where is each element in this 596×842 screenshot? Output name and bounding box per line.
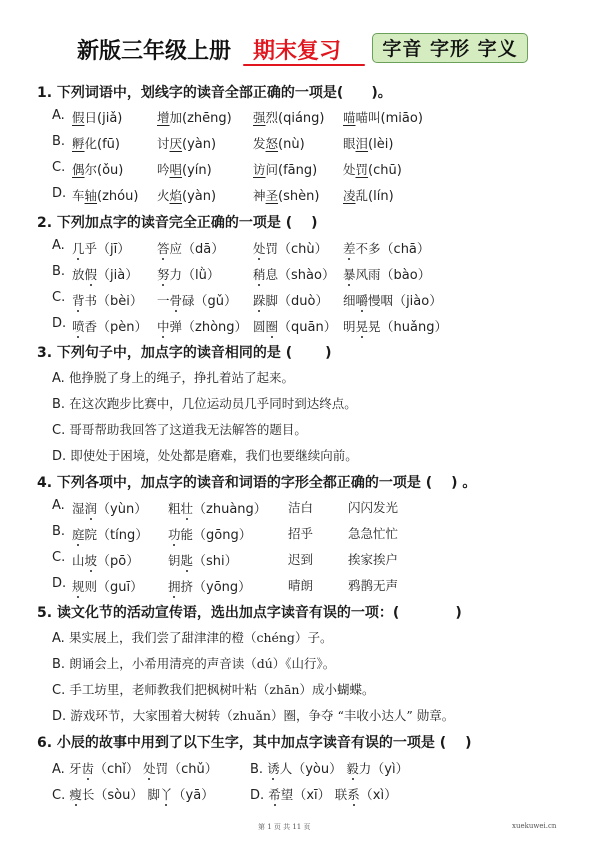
option-a: A. 他挣脱了身上的绳子，挣扎着站了起来。 xyxy=(52,368,294,386)
word: 处罚 xyxy=(143,761,168,776)
option-item: 凌乱(lín) xyxy=(343,186,394,204)
pinyin: （gōng） xyxy=(193,528,252,543)
option-item: 孵化(fū) xyxy=(72,134,120,152)
word: 脚丫 xyxy=(147,787,172,802)
page-number: 第 1 页 共 11 页 xyxy=(258,822,311,832)
pinyin: (nù) xyxy=(278,137,305,152)
option-label: C. xyxy=(52,423,69,438)
option-item: 山坡（pō） xyxy=(72,550,139,569)
pinyin: （chù） xyxy=(278,242,328,257)
option-item: 答应（dā） xyxy=(157,238,224,257)
word: 中弹 xyxy=(157,319,182,334)
topic-badge: 字音 字形 字义 xyxy=(372,33,528,63)
option-item: 规则（guī） xyxy=(72,576,143,595)
option-label: A. xyxy=(52,631,69,646)
option-item: 偶尔(ǒu) xyxy=(72,160,123,178)
option-item: 跺脚（duò） xyxy=(253,290,328,309)
pinyin: (yàn) xyxy=(182,137,216,152)
option-item: 一骨碌（gǔ） xyxy=(157,290,237,309)
option-item: 鸦鹊无声 xyxy=(348,576,398,594)
option-label: D. xyxy=(52,576,66,591)
word: 钥匙 xyxy=(168,553,193,568)
pinyin: （pō） xyxy=(97,554,139,569)
word: 挨家挨户 xyxy=(348,552,398,567)
pinyin: （shi） xyxy=(193,554,238,569)
pinyin: (zhóu) xyxy=(97,189,138,204)
option-label: B. xyxy=(52,134,65,149)
option-item: 粗壮（zhuàng） xyxy=(168,498,267,517)
word: 功能 xyxy=(168,527,193,542)
pinyin: （guī） xyxy=(97,580,143,595)
option-c: C. xyxy=(52,290,65,305)
word: 规则 xyxy=(72,579,97,594)
option-item: 努力（lǜ） xyxy=(157,264,220,283)
option-item: 喷香（pèn） xyxy=(72,316,148,335)
option-label: B. xyxy=(250,762,267,777)
option-c: C. xyxy=(52,550,65,565)
pinyin: (qiáng) xyxy=(278,111,324,126)
option-sentence: 即使处于困境，处处都是磨难，我们也要继续向前。 xyxy=(70,448,358,463)
title-main: 新版三年级上册 xyxy=(77,34,231,65)
word: 闪闪发光 xyxy=(348,500,398,515)
pinyin: （yùn） xyxy=(97,502,147,517)
word: 神圣 xyxy=(253,188,278,203)
option-item: 钥匙（shi） xyxy=(168,550,238,569)
word: 偶尔 xyxy=(72,162,97,177)
option-item: 闪闪发光 xyxy=(348,498,398,516)
option-label: A. xyxy=(52,762,69,777)
pinyin: （yì） xyxy=(371,762,408,777)
question-3: 3. 下列句子中，加点字的读音相同的是 ( ) xyxy=(37,342,331,362)
question-4: 4. 下列各项中，加点字的读音和词语的字形全都正确的一项是 ( ) 。 xyxy=(37,472,476,492)
pinyin: (shèn) xyxy=(278,189,319,204)
site-watermark: xuekuwei.cn xyxy=(512,822,556,830)
pinyin: (ǒu) xyxy=(97,163,123,178)
word: 几乎 xyxy=(72,241,97,256)
option-sentence: 果实展上，我们尝了甜津津的橙（chéng）子。 xyxy=(69,630,333,645)
option-label: B. xyxy=(52,524,65,539)
pinyin: (chū) xyxy=(368,163,402,178)
pinyin: （jī） xyxy=(97,242,130,257)
word: 发怒 xyxy=(253,136,278,151)
option-d: D. xyxy=(52,186,66,201)
pinyin: （yā） xyxy=(173,788,215,803)
header: 新版三年级上册 期末复习 字音 字形 字义 xyxy=(0,30,596,70)
word: 放假 xyxy=(72,267,97,282)
word: 洁白 xyxy=(288,500,313,515)
word: 粗壮 xyxy=(168,501,193,516)
word: 讨厌 xyxy=(157,136,182,151)
pinyin: (yàn) xyxy=(182,189,216,204)
question-2: 2. 下列加点字的读音完全正确的一项是 ( ) xyxy=(37,212,317,232)
word: 处罚 xyxy=(343,162,368,177)
option-d: D. 希望（xī） 联系（xì） xyxy=(250,784,397,803)
option-item: 增加(zhēng) xyxy=(157,108,232,126)
option-a: A. xyxy=(52,498,65,513)
option-c: C. 手工坊里，老师教我们把枫树叶粘（zhān）成小蝴蝶。 xyxy=(52,680,374,698)
option-item: 喵喵叫(miāo) xyxy=(343,108,423,126)
option-item: 发怒(nù) xyxy=(253,134,305,152)
word: 明晃晃 xyxy=(343,319,381,334)
pinyin: （dā） xyxy=(182,242,224,257)
option-b: B. xyxy=(52,524,65,539)
pinyin: （bào） xyxy=(381,268,431,283)
option-label: B. xyxy=(52,264,65,279)
question-1: 1. 下列词语中，划线字的读音全部正确的一项是( )。 xyxy=(37,82,392,102)
option-label: C. xyxy=(52,788,69,803)
option-item: 洁白 xyxy=(288,498,313,516)
option-item: 吟唱(yín) xyxy=(157,160,212,178)
word: 跺脚 xyxy=(253,293,278,308)
word: 圆圈 xyxy=(253,319,278,334)
word: 车轴 xyxy=(72,188,97,203)
word: 拥挤 xyxy=(168,579,193,594)
option-a: A. 果实展上，我们尝了甜津津的橙（chéng）子。 xyxy=(52,628,332,646)
option-label: C. xyxy=(52,290,65,305)
pinyin: （yōng） xyxy=(193,580,251,595)
option-item: 处罚(chū) xyxy=(343,160,402,178)
word: 鸦鹊无声 xyxy=(348,578,398,593)
pinyin: （huǎng） xyxy=(381,320,448,335)
option-label: A. xyxy=(52,108,65,123)
word: 晴朗 xyxy=(288,578,313,593)
option-c: C. 哥哥帮助我回答了这道我无法解答的题目。 xyxy=(52,420,307,438)
question-6: 6. 小辰的故事中用到了以下生字，其中加点字读音有误的一项是 ( ) xyxy=(37,732,471,752)
pinyin: （duò） xyxy=(278,294,328,309)
option-label: A. xyxy=(52,371,69,386)
word: 眼泪 xyxy=(343,136,368,151)
option-item: 迟到 xyxy=(288,550,313,568)
word: 喵喵叫 xyxy=(343,110,381,125)
option-label: B. xyxy=(52,397,69,412)
option-sentence: 哥哥帮助我回答了这道我无法解答的题目。 xyxy=(69,422,307,437)
pinyin: (miāo) xyxy=(381,111,423,126)
option-item: 几乎（jī） xyxy=(72,238,130,257)
option-item: 急急忙忙 xyxy=(348,524,398,542)
option-item: 拥挤（yōng） xyxy=(168,576,251,595)
pinyin: （yòu） xyxy=(292,762,346,777)
option-item: 招乎 xyxy=(288,524,313,542)
option-c: C. xyxy=(52,160,65,175)
word: 庭院 xyxy=(72,527,97,542)
option-label: B. xyxy=(52,657,69,672)
word: 喷香 xyxy=(72,319,97,334)
word: 努力 xyxy=(157,267,182,282)
word: 牙齿 xyxy=(69,761,94,776)
option-label: A. xyxy=(52,238,65,253)
option-item: 庭院（tíng） xyxy=(72,524,148,543)
pinyin: （jià） xyxy=(97,268,138,283)
option-item: 神圣(shèn) xyxy=(253,186,319,204)
word: 急急忙忙 xyxy=(348,526,398,541)
option-b: B. 朗诵会上，小希用清亮的声音读（dú）《山行》。 xyxy=(52,654,335,672)
option-label: D. xyxy=(250,788,268,803)
pinyin: （xī） xyxy=(293,788,334,803)
option-item: 稍息（shào） xyxy=(253,264,335,283)
word: 湿润 xyxy=(72,501,97,516)
option-sentence: 游戏环节，大家围着大树转（zhuǎn）圈，争夺 “丰收小达人” 勋章。 xyxy=(70,708,454,723)
pinyin: （pèn） xyxy=(97,320,148,335)
pinyin: （chā） xyxy=(381,242,430,257)
option-d: D. xyxy=(52,316,66,331)
pinyin: （tíng） xyxy=(97,528,148,543)
word: 瘦长 xyxy=(69,787,94,802)
pinyin: （shào） xyxy=(278,268,335,283)
word: 诱人 xyxy=(267,761,292,776)
pinyin: （zhòng） xyxy=(182,320,248,335)
option-b: B. 诱人（yòu） 毅力（yì） xyxy=(250,758,409,777)
option-item: 明晃晃（huǎng） xyxy=(343,316,447,335)
pinyin: (zhēng) xyxy=(182,111,232,126)
pinyin: (lín) xyxy=(368,189,394,204)
word: 火焰 xyxy=(157,188,182,203)
option-item: 中弹（zhòng） xyxy=(157,316,248,335)
option-item: 强烈(qiáng) xyxy=(253,108,325,126)
option-item: 放假（jià） xyxy=(72,264,138,283)
pinyin: (yín) xyxy=(182,163,212,178)
option-item: 差不多（chā） xyxy=(343,238,430,257)
word: 毅力 xyxy=(346,761,371,776)
pinyin: (fū) xyxy=(97,137,120,152)
title-highlight: 期末复习 xyxy=(253,34,341,65)
option-sentence: 在这次跑步比赛中，几位运动员几乎同时到达终点。 xyxy=(69,396,357,411)
option-item: 处罚（chù） xyxy=(253,238,328,257)
option-item: 背书（bèi） xyxy=(72,290,143,309)
word: 稍息 xyxy=(253,267,278,282)
pinyin: （gǔ） xyxy=(195,294,238,309)
pinyin: （jiào） xyxy=(393,294,442,309)
pinyin: （zhuàng） xyxy=(193,502,267,517)
pinyin: (lèi) xyxy=(368,137,393,152)
option-sentence: 他挣脱了身上的绳子，挣扎着站了起来。 xyxy=(69,370,294,385)
option-label: C. xyxy=(52,683,69,698)
word: 联系 xyxy=(335,787,360,802)
word: 答应 xyxy=(157,241,182,256)
option-label: C. xyxy=(52,550,65,565)
option-a: A. 牙齿（chǐ） 处罚（chǔ） xyxy=(52,758,218,777)
option-a: A. xyxy=(52,238,65,253)
option-d: D. xyxy=(52,576,66,591)
word: 山坡 xyxy=(72,553,97,568)
pinyin: (jiǎ) xyxy=(97,111,122,126)
pinyin: (fāng) xyxy=(278,163,317,178)
option-item: 眼泪(lèi) xyxy=(343,134,393,152)
option-label: C. xyxy=(52,160,65,175)
option-b: B. 在这次跑步比赛中，几位运动员几乎同时到达终点。 xyxy=(52,394,357,412)
option-label: D. xyxy=(52,186,66,201)
pinyin: （sòu） xyxy=(94,788,147,803)
word: 暴风雨 xyxy=(343,267,381,282)
word: 访问 xyxy=(253,162,278,177)
option-item: 假日(jiǎ) xyxy=(72,108,122,126)
option-item: 挨家挨户 xyxy=(348,550,398,568)
word: 凌乱 xyxy=(343,188,368,203)
word: 背书 xyxy=(72,293,97,308)
option-item: 讨厌(yàn) xyxy=(157,134,216,152)
word: 细嚼慢咽 xyxy=(343,293,393,308)
title-underline xyxy=(243,64,365,66)
word: 希望 xyxy=(268,787,293,802)
option-d: D. 即使处于困境，处处都是磨难，我们也要继续向前。 xyxy=(52,446,358,464)
word: 孵化 xyxy=(72,136,97,151)
option-item: 火焰(yàn) xyxy=(157,186,216,204)
option-item: 车轴(zhóu) xyxy=(72,186,138,204)
option-c: C. 瘦长（sòu） 脚丫（yā） xyxy=(52,784,214,803)
option-sentence: 朗诵会上，小希用清亮的声音读（dú）《山行》。 xyxy=(69,656,335,671)
pinyin: （xì） xyxy=(360,788,397,803)
word: 吟唱 xyxy=(157,162,182,177)
option-item: 晴朗 xyxy=(288,576,313,594)
word: 假日 xyxy=(72,110,97,125)
pinyin: （chǐ） xyxy=(94,762,143,777)
option-label: D. xyxy=(52,709,70,724)
word: 迟到 xyxy=(288,552,313,567)
option-item: 圆圈（quān） xyxy=(253,316,337,335)
pinyin: （quān） xyxy=(278,320,337,335)
word: 处罚 xyxy=(253,241,278,256)
word: 增加 xyxy=(157,110,182,125)
option-item: 访问(fāng) xyxy=(253,160,317,178)
option-label: A. xyxy=(52,498,65,513)
option-a: A. xyxy=(52,108,65,123)
pinyin: （lǜ） xyxy=(182,268,220,283)
word: 招乎 xyxy=(288,526,313,541)
option-item: 湿润（yùn） xyxy=(72,498,147,517)
option-label: D. xyxy=(52,449,70,464)
question-5: 5. 读文化节的活动宣传语，选出加点字读音有误的一项：( ) xyxy=(37,602,462,622)
option-d: D. 游戏环节，大家围着大树转（zhuǎn）圈，争夺 “丰收小达人” 勋章。 xyxy=(52,706,454,724)
option-label: D. xyxy=(52,316,66,331)
pinyin: （bèi） xyxy=(97,294,143,309)
option-item: 细嚼慢咽（jiào） xyxy=(343,290,442,309)
word: 一骨碌 xyxy=(157,293,195,308)
option-b: B. xyxy=(52,134,65,149)
pinyin: （chǔ） xyxy=(168,762,218,777)
option-b: B. xyxy=(52,264,65,279)
option-item: 功能（gōng） xyxy=(168,524,252,543)
option-sentence: 手工坊里，老师教我们把枫树叶粘（zhān）成小蝴蝶。 xyxy=(69,682,374,697)
word: 强烈 xyxy=(253,110,278,125)
option-item: 暴风雨（bào） xyxy=(343,264,431,283)
word: 差不多 xyxy=(343,241,381,256)
